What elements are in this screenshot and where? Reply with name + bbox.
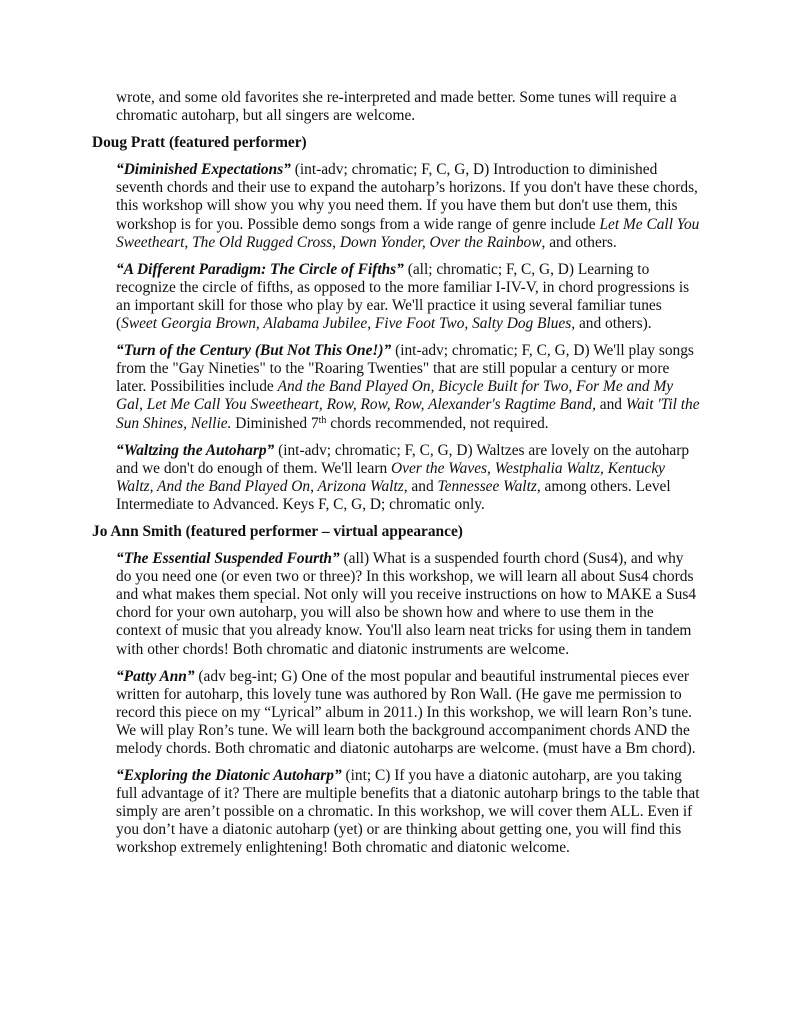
workshop-title: “Turn of the Century (But Not This One!)…: [116, 342, 391, 359]
workshop-description-end: and others).: [575, 315, 652, 332]
workshop-essential-suspended-fourth: “The Essential Suspended Fourth” (all) W…: [116, 550, 700, 659]
continuation-paragraph: wrote, and some old favorites she re-int…: [116, 89, 700, 125]
workshop-waltzing-the-autoharp: “Waltzing the Autoharp” (int-adv; chroma…: [116, 442, 700, 514]
document-page: wrote, and some old favorites she re-int…: [0, 0, 791, 1024]
workshop-patty-ann: “Patty Ann” (adv beg-int; G) One of the …: [116, 668, 700, 758]
workshop-diminished-expectations: “Diminished Expectations” (int-adv; chro…: [116, 161, 700, 251]
workshop-description-end: , and others.: [542, 234, 617, 251]
workshop-meta: (adv beg-int; G): [195, 668, 302, 685]
performer-heading-doug-pratt: Doug Pratt (featured performer): [92, 134, 702, 152]
workshop-turn-of-the-century: “Turn of the Century (But Not This One!)…: [116, 342, 700, 432]
workshop-description-end: chords recommended, not required.: [326, 415, 548, 432]
workshop-description-note: Diminished 7: [231, 415, 318, 432]
workshop-meta: (int; C): [342, 767, 395, 784]
page-content: wrote, and some old favorites she re-int…: [92, 89, 702, 867]
workshop-title: “Patty Ann”: [116, 668, 195, 685]
workshop-meta: (all): [340, 550, 373, 567]
workshop-meta: (int-adv; chromatic; F, C, G, D): [391, 342, 593, 359]
workshop-title: “Waltzing the Autoharp”: [116, 442, 274, 459]
workshop-meta: (int-adv; chromatic; F, C, G, D): [291, 161, 493, 178]
workshop-meta: (all; chromatic; F, C, G, D): [404, 261, 578, 278]
performer-heading-jo-ann-smith: Jo Ann Smith (featured performer – virtu…: [92, 523, 702, 541]
workshop-circle-of-fifths: “A Different Paradigm: The Circle of Fif…: [116, 261, 700, 333]
workshop-title: “A Different Paradigm: The Circle of Fif…: [116, 261, 404, 278]
workshop-meta: (int-adv; chromatic; F, C, G, D): [274, 442, 476, 459]
workshop-title: “Diminished Expectations”: [116, 161, 291, 178]
song-title: Tennessee Waltz: [438, 478, 537, 495]
workshop-title: “The Essential Suspended Fourth”: [116, 550, 340, 567]
workshop-description-mid: and: [596, 396, 626, 413]
workshop-exploring-diatonic-autoharp: “Exploring the Diatonic Autoharp” (int; …: [116, 767, 700, 857]
song-list: Sweet Georgia Brown, Alabama Jubilee, Fi…: [121, 315, 575, 332]
workshop-description-mid: and: [408, 478, 438, 495]
workshop-title: “Exploring the Diatonic Autoharp”: [116, 767, 342, 784]
